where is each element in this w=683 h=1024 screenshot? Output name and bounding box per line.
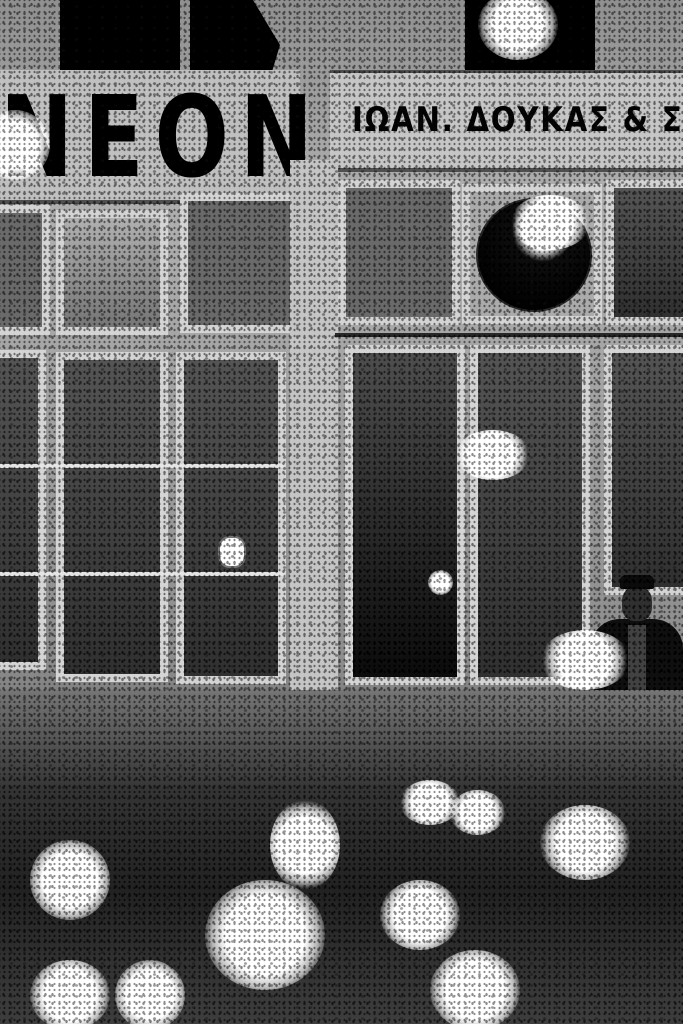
- damage-spot: [510, 195, 590, 250]
- transom-window: [338, 180, 460, 325]
- damage-spot: [30, 960, 110, 1024]
- head: [622, 587, 652, 621]
- damage-spot: [450, 790, 505, 835]
- door-pane: [176, 352, 286, 684]
- sign-text-right: ΙΩΑΝ. ΔΟΥΚΑΣ & Σ: [352, 100, 683, 140]
- door-pane: [0, 350, 46, 670]
- damage-spot: [540, 805, 630, 880]
- upper-window-left: [60, 0, 180, 70]
- transom-window: [180, 193, 298, 333]
- cap: [620, 575, 654, 589]
- damage-spot: [205, 880, 325, 990]
- damage-spot: [455, 430, 530, 480]
- door-rail: [0, 464, 285, 468]
- clock: [218, 536, 246, 568]
- door-rail: [0, 572, 285, 576]
- damage-spot: [430, 950, 520, 1024]
- door-pane: [345, 345, 465, 685]
- transom-window: [0, 205, 50, 335]
- damage-spot: [380, 880, 460, 950]
- transom-window: [606, 180, 683, 325]
- door-pane: [56, 352, 168, 682]
- damage-spot: [30, 840, 110, 920]
- central-pillar: [290, 160, 338, 720]
- upper-window-shutter: [190, 0, 280, 75]
- transom-window: [56, 210, 168, 335]
- damage-spot: [115, 960, 185, 1024]
- damage-spot: [270, 800, 340, 890]
- photograph: ΝΕΟΝ ΙΩΑΝ. ΔΟΥΚΑΣ & Σ storef: [0, 0, 683, 1024]
- door-pane: [604, 345, 683, 595]
- damage-spot: [540, 630, 630, 690]
- damage-spot: [428, 570, 453, 595]
- lintel: [335, 333, 683, 337]
